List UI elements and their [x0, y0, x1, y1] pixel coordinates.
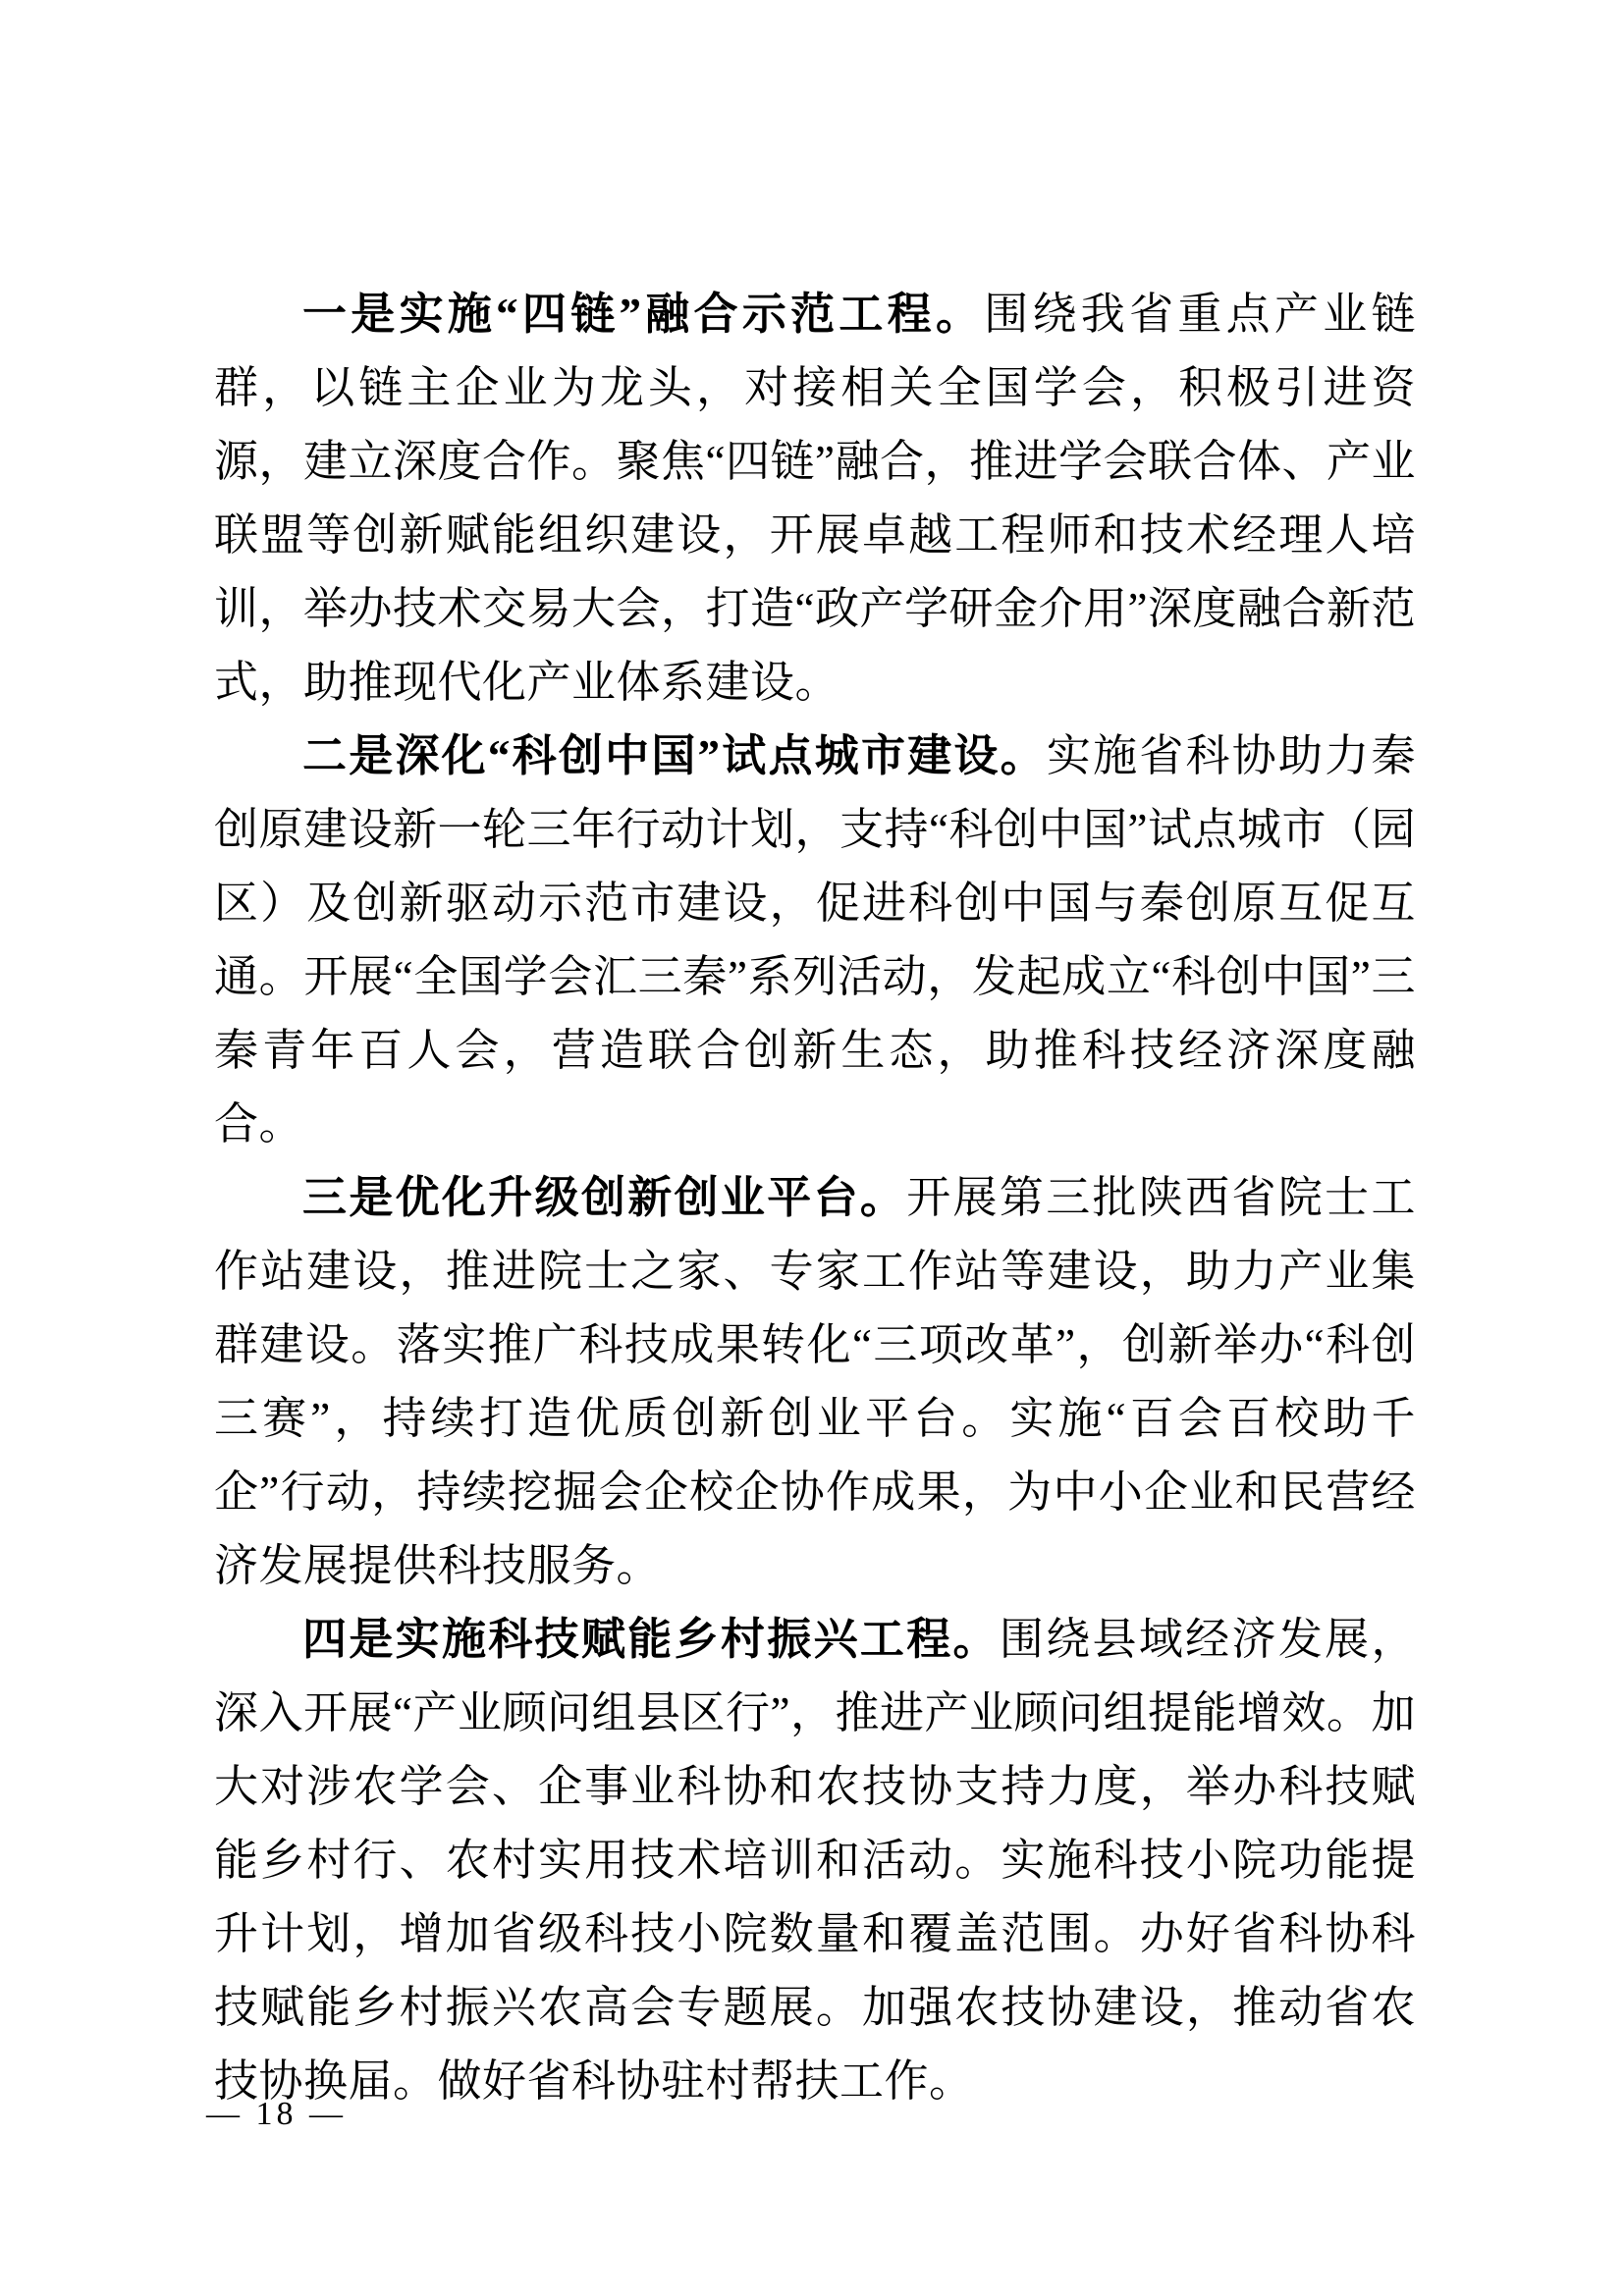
paragraph-4: 四是实施科技赋能乡村振兴工程。围绕县域经济发展，深入开展“产业顾问组县区行”，推… — [214, 1603, 1416, 2118]
page-number: — 18 — — [206, 2095, 347, 2134]
document-page: 一是实施“四链”融合示范工程。围绕我省重点产业链群，以链主企业为龙头，对接相关全… — [0, 0, 1624, 2296]
paragraph-1-lead: 一是实施“四链”融合示范工程。 — [302, 290, 984, 339]
paragraph-2-lead: 二是深化“科创中国”试点城市建设。 — [302, 731, 1047, 780]
paragraph-2: 二是深化“科创中国”试点城市建设。实施省科协助力秦创原建设新一轮三年行动计划，支… — [214, 720, 1416, 1161]
paragraph-2-text: 实施省科协助力秦创原建设新一轮三年行动计划，支持“科创中国”试点城市（园区）及创… — [214, 731, 1416, 1148]
page-number-text: — 18 — — [206, 2096, 347, 2132]
paragraph-3: 三是优化升级创新创业平台。开展第三批陕西省院士工作站建设，推进院士之家、专家工作… — [214, 1161, 1416, 1603]
paragraph-3-text: 开展第三批陕西省院士工作站建设，推进院士之家、专家工作站等建设，助力产业集群建设… — [214, 1173, 1416, 1590]
paragraph-1: 一是实施“四链”融合示范工程。围绕我省重点产业链群，以链主企业为龙头，对接相关全… — [214, 278, 1416, 720]
paragraph-3-lead: 三是优化升级创新创业平台。 — [302, 1173, 906, 1222]
paragraph-4-lead: 四是实施科技赋能乡村振兴工程。 — [302, 1615, 1000, 1664]
paragraph-4-text: 围绕县域经济发展，深入开展“产业顾问组县区行”，推进产业顾问组提能增效。加大对涉… — [214, 1615, 1416, 2106]
document-body: 一是实施“四链”融合示范工程。围绕我省重点产业链群，以链主企业为龙头，对接相关全… — [214, 278, 1416, 2118]
paragraph-1-text: 围绕我省重点产业链群，以链主企业为龙头，对接相关全国学会，积极引进资源，建立深度… — [214, 290, 1416, 707]
